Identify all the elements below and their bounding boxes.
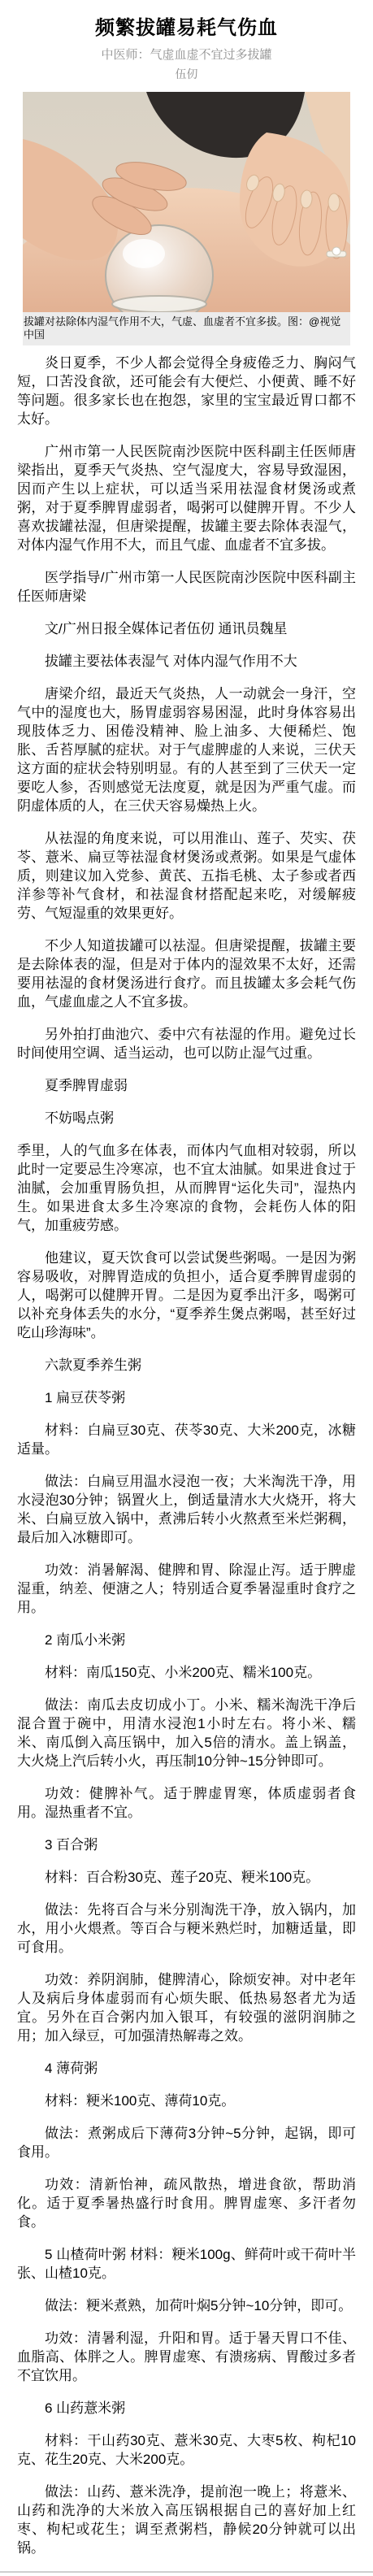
recipe-method: 做法：先将百合与米分别淘洗干净，放入锅内，加水，用小火煨煮。等百合与粳米熟烂时，… (17, 1901, 356, 1957)
recipe-title: 1 扁豆茯苓粥 (17, 1388, 356, 1407)
recipe-method: 做法：白扁豆用温水浸泡一夜；大米淘洗干净，用水浸泡30分钟；锅置火上，倒适量清水… (17, 1472, 356, 1547)
page-subtitle: 中医师：气虚血虚不宜过多拔罐 (0, 48, 373, 63)
author-byline: 伍仞 (0, 67, 373, 81)
recipe-title: 3 百合粥 (17, 1835, 356, 1854)
section-heading: 夏季脾胃虚弱 (17, 1076, 356, 1095)
recipe-title-materials: 5 山楂荷叶粥 材料：粳米100g、鲜荷叶或干荷叶半张、山楂10克。 (17, 2245, 356, 2283)
cupping-photo-illustration (23, 92, 350, 312)
recipe-materials: 材料：干山药30克、薏米30克、大枣5枚、枸杞10克、花生20克、大米200克。 (17, 2431, 356, 2469)
footer-divider (0, 2571, 373, 2576)
paragraph: 另外拍打曲池穴、委中穴有祛湿的作用。避免过长时间使用空调、适当运动，也可以防止湿… (17, 1025, 356, 1062)
article-body: 炎日夏季，不少人都会觉得全身疲倦乏力、胸闷气短，口苦没食欲，还可能会有大便烂、小… (0, 352, 373, 2557)
recipe-effect: 功效：消暑解渴、健脾和胃、除湿止泻。适于脾虚湿重，纳差、便溏之人；特别适合夏季暑… (17, 1561, 356, 1617)
recipe-effect: 功效：健脾补气。适于脾虚胃寒，体质虚弱者食用。湿热重者不宜。 (17, 1784, 356, 1822)
section-heading: 六款夏季养生粥 (17, 1356, 356, 1375)
section-heading: 拔罐主要祛体表湿气 对体内湿气作用不大 (17, 652, 356, 671)
byline-medical-guidance: 医学指导/广州市第一人民医院南沙医院中医科副主任医师唐梁 (17, 568, 356, 606)
article-page: 频繁拔罐易耗气伤血 中医师：气虚血虚不宜过多拔罐 伍仞 (0, 0, 373, 2576)
article-photo: 拔罐对祛除体内湿气作用不大，气虚、血虚者不宜多拔。图：@视觉中国 (23, 92, 350, 345)
recipe-materials: 材料：粳米100克、薄荷10克。 (17, 2092, 356, 2110)
recipe-effect: 功效：清新怡神，疏风散热，增进食欲，帮助消化。适于夏季暑热盛行时食用。脾胃虚寒、… (17, 2175, 356, 2231)
recipe-materials: 材料：百合粉30克、莲子20克、粳米100克。 (17, 1868, 356, 1887)
paragraph: 唐梁介绍，最近天气炎热，人一动就会一身汗，空气中的湿度也大，肠胃虚弱容易困湿，此… (17, 684, 356, 815)
photo-caption: 拔罐对祛除体内湿气作用不大，气虚、血虚者不宜多拔。图：@视觉中国 (23, 312, 350, 345)
byline-reporter: 文/广州日报全媒体记者伍仞 通讯员魏星 (17, 619, 356, 638)
glass-highlight (123, 239, 165, 268)
recipe-method: 做法：煮粥成后下薄荷3分钟~5分钟，起锅，即可食用。 (17, 2124, 356, 2161)
recipe-title: 2 南瓜小米粥 (17, 1631, 356, 1649)
paragraph: 从祛湿的角度来说，可以用淮山、莲子、芡实、茯苓、薏米、扁豆等祛湿食材煲汤或煮粥。… (17, 829, 356, 923)
recipe-method: 做法：南瓜去皮切成小丁。小米、糯米淘洗干净后混合置于碗中，用清水浸泡1小时左右。… (17, 1696, 356, 1770)
section-heading: 不妨喝点粥 (17, 1109, 356, 1127)
recipe-materials: 材料：白扁豆30克、茯苓30克、大米200克，冰糖适量。 (17, 1421, 356, 1458)
paragraph: 他建议，夏天饮食可以尝试煲些粥喝。一是因为粥容易吸收，对脾胃造成的负担小，适合夏… (17, 1249, 356, 1342)
recipe-title: 6 山药薏米粥 (17, 2399, 356, 2417)
recipe-title: 4 薄荷粥 (17, 2059, 356, 2078)
paragraph: 不少人知道拔罐可以祛湿。但唐梁提醒，拔罐主要是去除体表的湿，但是对于体内的湿效果… (17, 936, 356, 1011)
recipe-materials: 材料：南瓜150克、小米200克、糯米100克。 (17, 1663, 356, 1682)
intro-paragraph: 炎日夏季，不少人都会觉得全身疲倦乏力、胸闷气短，口苦没食欲，还可能会有大便烂、小… (17, 354, 356, 428)
page-title: 频繁拔罐易耗气伤血 (13, 16, 360, 41)
paragraph: 季里，人的气血多在体表，而体内气血相对较弱，所以此时一定要忌生冷寒凉，也不宜太油… (17, 1141, 356, 1235)
glass-cup-rim (112, 296, 206, 312)
recipe-effect: 功效：养阴润肺，健脾清心，除烦安神。对中老年人及病后身体虚弱而有心烦失眠、低热易… (17, 1970, 356, 2045)
recipe-method: 做法：粳米煮熟，加荷叶焖5分钟~10分钟，即可。 (17, 2296, 356, 2315)
recipe-method: 做法：山药、薏米洗净，提前泡一晚上；将薏米、山药和洗净的大米放入高压锅根据自己的… (17, 2483, 356, 2557)
paragraph: 广州市第一人民医院南沙医院中医科副主任医师唐梁指出，夏季天气炎热、空气湿度大，容… (17, 442, 356, 554)
recipe-effect: 功效：清暑利湿，升阳和胃。适于暑天胃口不佳、血脂高、体胖之人。脾胃虚寒、有溃疡病… (17, 2329, 356, 2385)
